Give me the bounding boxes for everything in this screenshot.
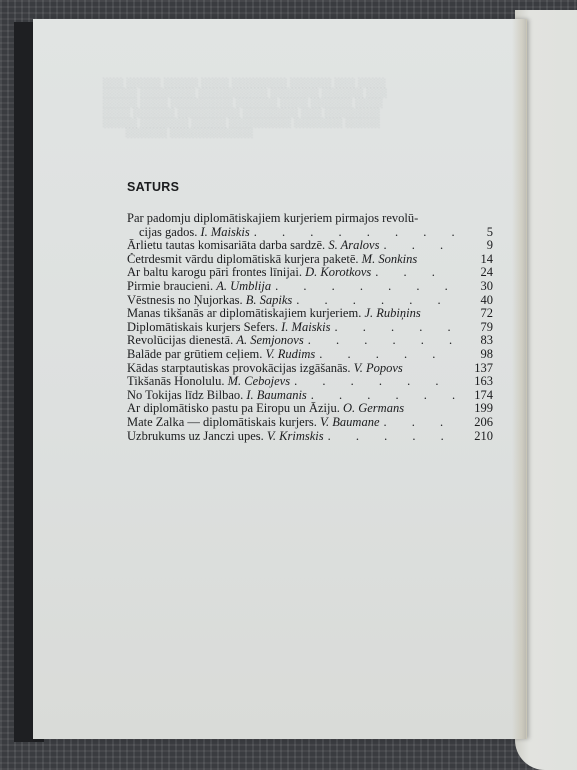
toc-heading: SATURS — [127, 180, 493, 194]
entry-title: Tikšanās Honolulu. — [127, 375, 224, 388]
entry-author: V. Popovs — [354, 362, 403, 375]
entry-title: Manas tikšanās ar diplomātiskajiem kurje… — [127, 307, 361, 320]
toc-entry: Ārlietu tautas komisariāta darba sardzē.… — [127, 239, 493, 253]
entry-page-number: 24 — [459, 266, 493, 280]
toc-entry: Revolūcijas dienestā. A. Semjonovs. . . … — [127, 334, 493, 348]
dot-leader: . . . . . . . . . . . . . . . . . . . . — [307, 389, 459, 402]
entry-page-number: 83 — [459, 334, 493, 348]
toc-entry: Par padomju diplomātiskajiem kurjeriem p… — [127, 212, 493, 239]
entry-author: V. Rudims — [265, 348, 315, 361]
dot-leader: . . . . . . . . . . . . . . . . . . . . — [379, 239, 459, 252]
toc-entry: Kādas starptautiskas provokācijas izgāša… — [127, 362, 493, 376]
entry-author: J. Rubiņins — [364, 307, 420, 320]
toc-entry: Diplomātiskais kurjers Sefers. I. Maiski… — [127, 321, 493, 335]
entry-title-continued: cijas gados. — [139, 226, 197, 239]
entry-title: Par padomju diplomātiskajiem kurjeriem p… — [127, 212, 418, 225]
entry-page-number: 30 — [459, 280, 493, 294]
toc-entry: Ar baltu karogu pāri frontes līnijai. D.… — [127, 266, 493, 280]
dot-leader: . . . . . . . . . . . . . . . . . . . . — [330, 321, 459, 334]
entry-author: A. Semjonovs — [236, 334, 303, 347]
dot-leader: . . . . . . . . . . . . . . . . . . . . — [315, 348, 459, 361]
toc-entry: Balāde par grūtiem ceļiem. V. Rudims. . … — [127, 348, 493, 362]
entry-author: S. Aralovs — [328, 239, 379, 252]
dot-leader: . . . . . . . . . . . . . . . . . . . . — [290, 375, 459, 388]
toc-entry: No Tokijas līdz Bilbao. I. Baumanis. . .… — [127, 389, 493, 403]
entry-author: A. Umblija — [216, 280, 271, 293]
dot-leader: . . . . . . . . . . . . . . . . . . . . — [250, 226, 459, 239]
entry-page-number: 174 — [459, 389, 493, 403]
entry-page-number: 206 — [459, 416, 493, 430]
entry-author: I. Maiskis — [200, 226, 249, 239]
toc-entry: Mate Zalka — diplomātiskais kurjers. V. … — [127, 416, 493, 430]
entry-page-number: 98 — [459, 348, 493, 362]
entry-page-number: 210 — [459, 430, 493, 444]
entry-title: No Tokijas līdz Bilbao. — [127, 389, 243, 402]
dot-leader: . . . . . . . . . . . . . . . . . . . . — [271, 280, 459, 293]
book-page: ░░░ ░░░░░ ░░░░░ ░░░░ ░░░░░░░░ ░░░░░░ ░░░… — [33, 19, 526, 739]
entry-title: Diplomātiskais kurjers Sefers. — [127, 321, 278, 334]
toc-entry: Pirmie braucieni. A. Umblija. . . . . . … — [127, 280, 493, 294]
entry-page-number: 72 — [459, 307, 493, 321]
dot-leader: . . . . . . . . . . . . . . . . . . . . — [324, 430, 459, 443]
entry-page-number: 79 — [459, 321, 493, 335]
entry-title: Vēstnesis no Ņujorkas. — [127, 294, 243, 307]
entry-author: I. Maiskis — [281, 321, 330, 334]
entry-title: Uzbrukums uz Janczi upes. — [127, 430, 264, 443]
entry-author: V. Baumane — [320, 416, 380, 429]
entry-title: Mate Zalka — diplomātiskais kurjers. — [127, 416, 317, 429]
entry-page-number: 14 — [459, 253, 493, 267]
toc-entry: Manas tikšanās ar diplomātiskajiem kurje… — [127, 307, 493, 321]
toc-entry: Ar diplomātisko pastu pa Eiropu un Āziju… — [127, 402, 493, 416]
toc-entry: Vēstnesis no Ņujorkas. B. Sapiks. . . . … — [127, 294, 493, 308]
table-of-contents: SATURS Par padomju diplomātiskajiem kurj… — [127, 180, 493, 443]
dot-leader: . . . . . . . . . . . . . . . . . . . . — [304, 334, 459, 347]
entry-author: I. Baumanis — [246, 389, 306, 402]
entry-title: Ar diplomātisko pastu pa Eiropu un Āziju… — [127, 402, 340, 415]
entry-author: M. Sonkins — [362, 253, 418, 266]
entry-title: Ar baltu karogu pāri frontes līnijai. — [127, 266, 302, 279]
entry-page-number: 199 — [459, 402, 493, 416]
entry-title: Ārlietu tautas komisariāta darba sardzē. — [127, 239, 325, 252]
entry-page-number: 5 — [459, 226, 493, 240]
bleed-through-text: ░░░ ░░░░░ ░░░░░ ░░░░ ░░░░░░░░ ░░░░░░ ░░░… — [103, 79, 503, 139]
entry-page-number: 163 — [459, 375, 493, 389]
entry-title: Revolūcijas dienestā. — [127, 334, 233, 347]
entry-page-number: 40 — [459, 294, 493, 308]
entry-author: M. Cebojevs — [228, 375, 290, 388]
dot-leader: . . . . . . . . . . . . . . . . . . . . — [292, 294, 459, 307]
toc-entry: Uzbrukums uz Janczi upes. V. Krimskis. .… — [127, 430, 493, 444]
toc-entries: Par padomju diplomātiskajiem kurjeriem p… — [127, 212, 493, 443]
entry-author: D. Korotkovs — [305, 266, 371, 279]
toc-entry: Četrdesmit vārdu diplomātiskā kurjera pa… — [127, 253, 493, 267]
entry-author: V. Krimskis — [267, 430, 324, 443]
entry-title: Kādas starptautiskas provokācijas izgāša… — [127, 362, 351, 375]
entry-page-number: 137 — [459, 362, 493, 376]
toc-entry: Tikšanās Honolulu. M. Cebojevs. . . . . … — [127, 375, 493, 389]
entry-title: Četrdesmit vārdu diplomātiskā kurjera pa… — [127, 253, 359, 266]
entry-title: Pirmie braucieni. — [127, 280, 213, 293]
entry-title: Balāde par grūtiem ceļiem. — [127, 348, 262, 361]
entry-author: B. Sapiks — [246, 294, 293, 307]
entry-page-number: 9 — [459, 239, 493, 253]
dot-leader: . . . . . . . . . . . . . . . . . . . . — [380, 416, 459, 429]
entry-author: O. Germans — [343, 402, 404, 415]
dot-leader: . . . . . . . . . . . . . . . . . . . . — [371, 266, 459, 279]
